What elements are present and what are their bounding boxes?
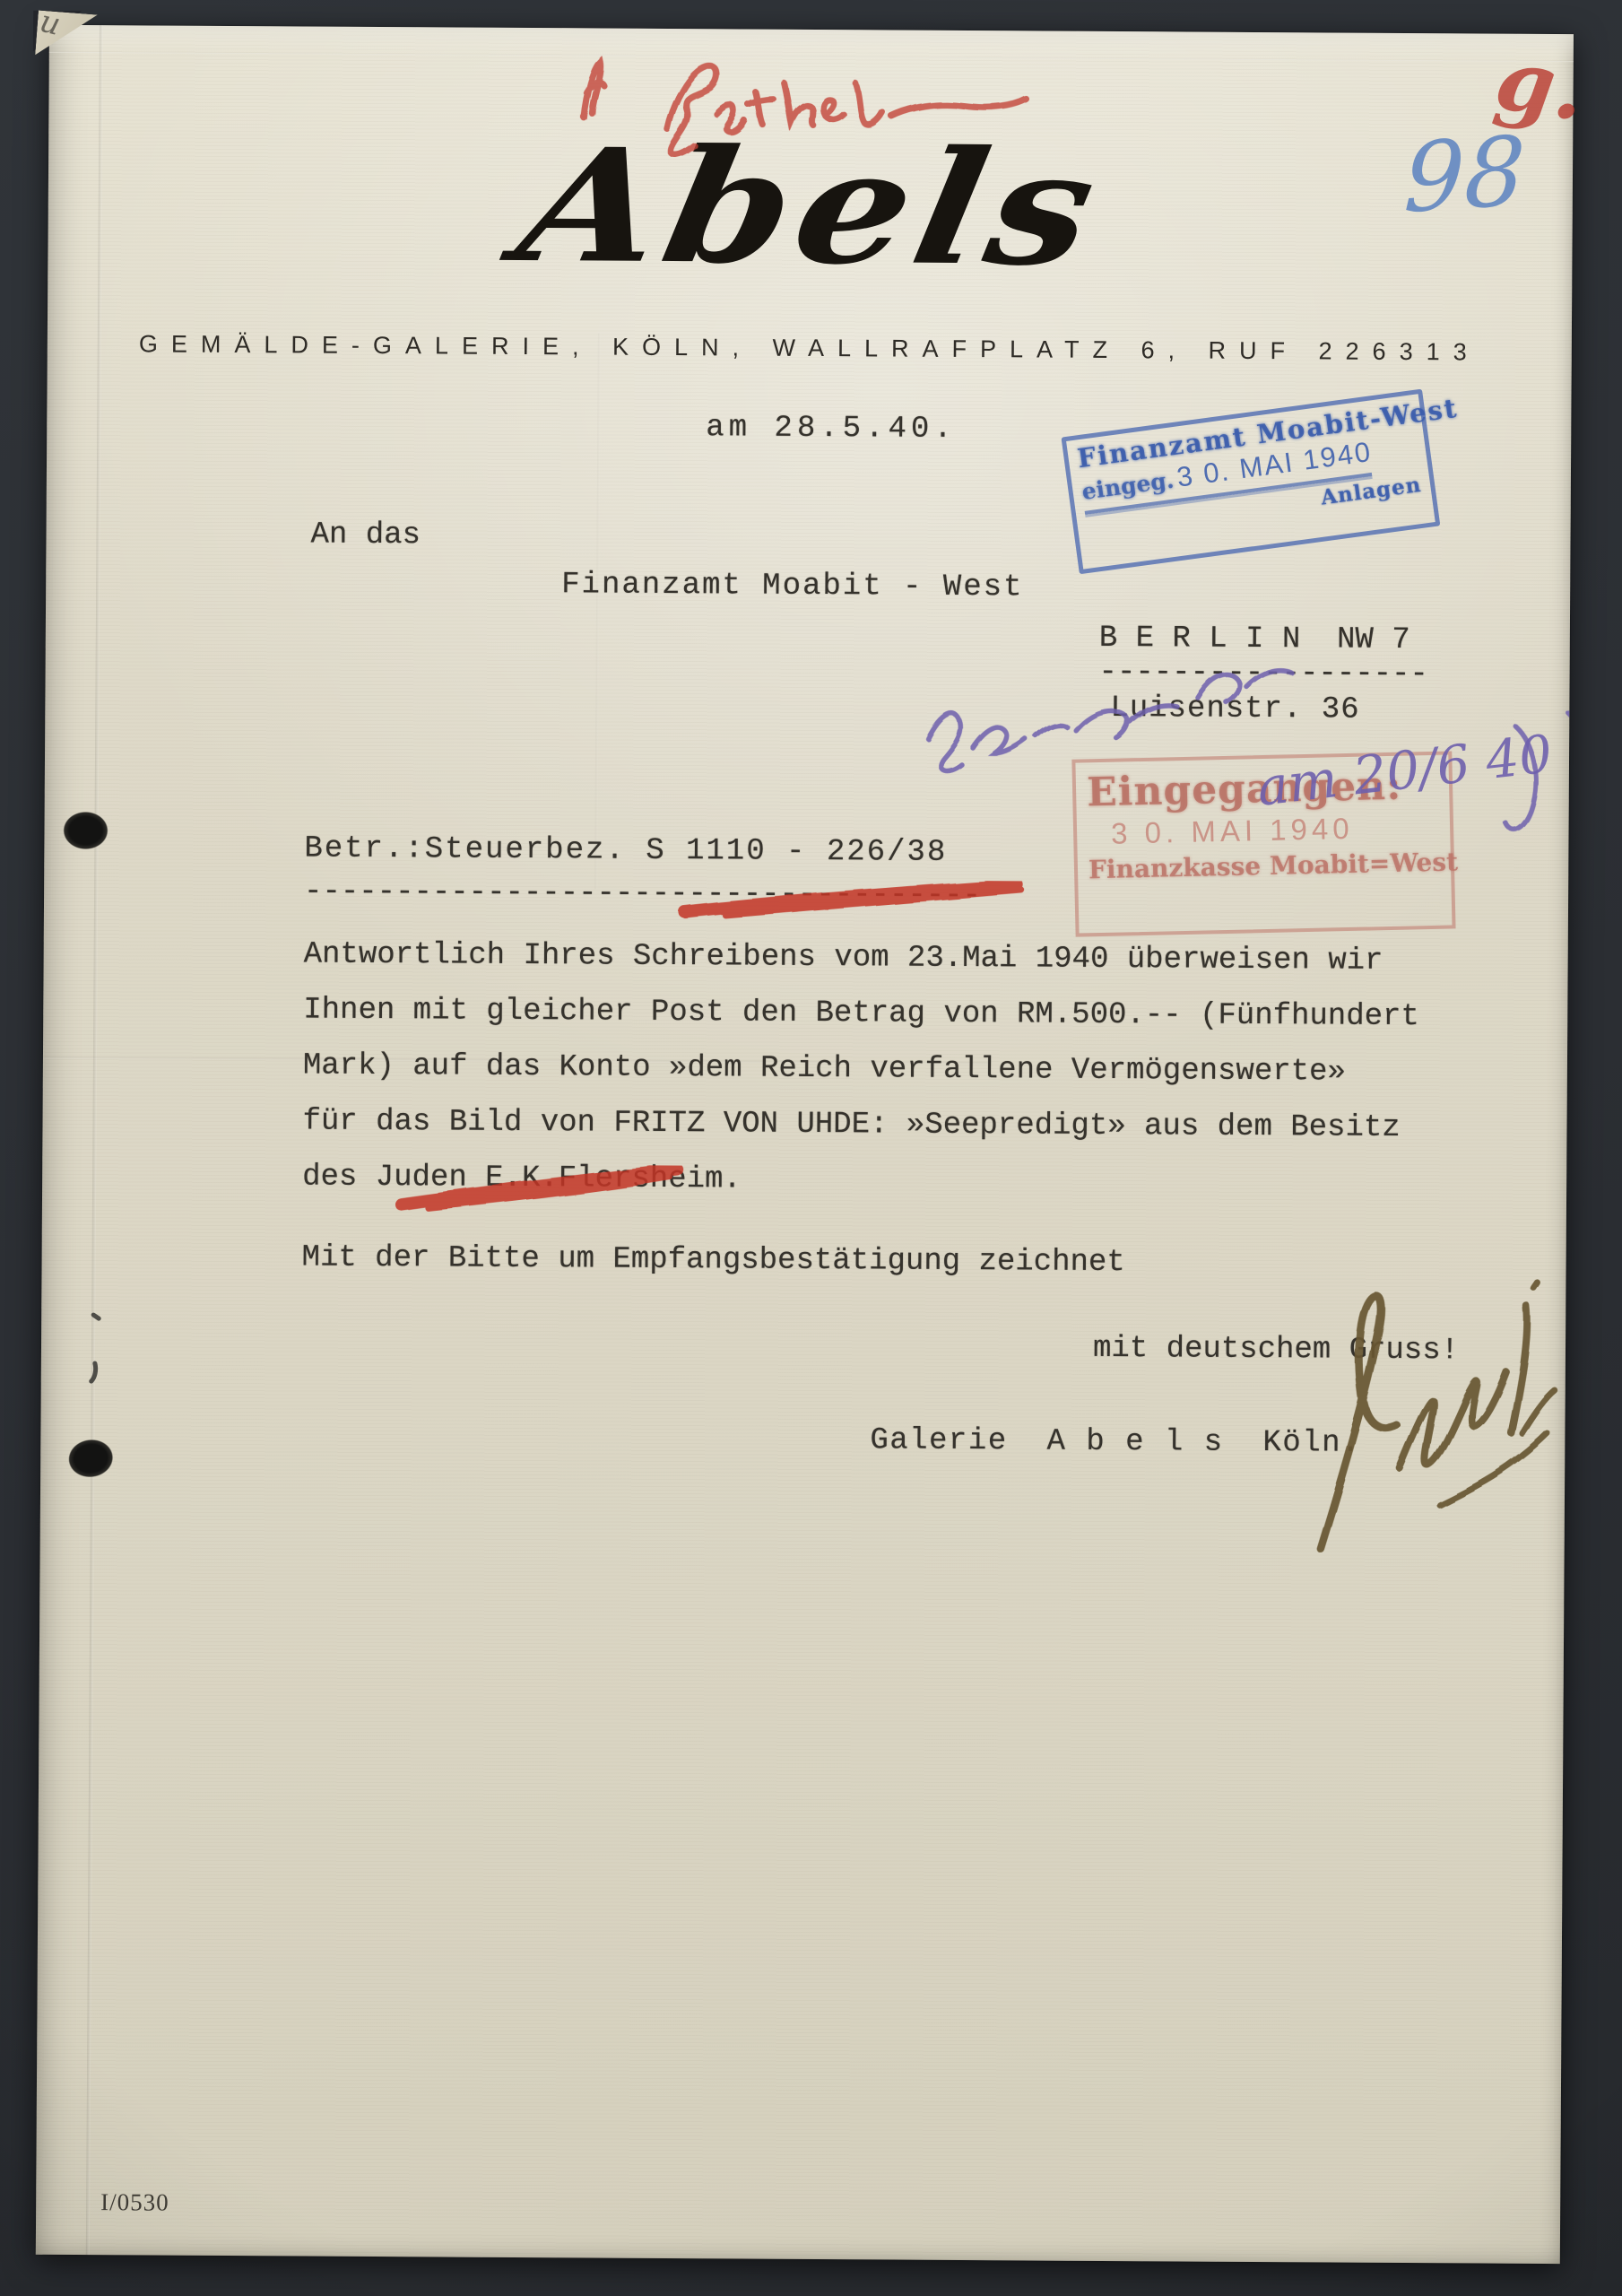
- top-edge-fold: [49, 25, 1574, 62]
- scan-background: u Abels GEMÄLDE-GALERIE, KÖLN, WALLRAFPL…: [0, 0, 1622, 2296]
- body-line: Mark) auf das Konto »dem Reich verfallen…: [303, 1049, 1419, 1112]
- closing-request-line: Mit der Bitte um Empfangsbestätigung zei…: [301, 1239, 1124, 1283]
- stamp-blue-eingeg: eingeg.: [1080, 466, 1175, 504]
- stamp-red-office: Finanzkasse Moabit=West: [1089, 848, 1441, 885]
- stamp-red-title: Eingegangen:: [1087, 762, 1439, 816]
- blue-crayon-number: 98: [1402, 116, 1528, 234]
- letter-sheet: u Abels GEMÄLDE-GALERIE, KÖLN, WALLRAFPL…: [36, 25, 1574, 2264]
- stamp-red-eingegangen: Eingegangen: 3 0. MAI 1940 Finanzkasse M…: [1071, 751, 1455, 936]
- punch-hole-bottom: [59, 1431, 123, 1486]
- red-pencil-initial: g.: [1489, 30, 1591, 140]
- body-line: des Juden E.K.Flersheim.: [302, 1161, 1418, 1223]
- ink-signature: [1321, 1281, 1556, 1550]
- recipient-line: Finanzamt Moabit - West: [561, 566, 1024, 607]
- letterhead-address-line: GEMÄLDE-GALERIE, KÖLN, WALLRAFPLATZ 6, R…: [48, 330, 1572, 367]
- gallery-logo: Abels: [509, 128, 1113, 288]
- date-line: am 28.5.40.: [706, 409, 957, 448]
- salutation-line: An das: [310, 517, 421, 555]
- signature-typed-line: Galerie A b e l s Köln.: [870, 1422, 1361, 1463]
- recipient-street-line: Luisenstr. 36: [1110, 690, 1360, 729]
- vertical-crease-center: [594, 334, 601, 890]
- body-line: Antwortlich Ihres Schreibens vom 23.Mai …: [303, 938, 1419, 1001]
- vertical-crease: [86, 25, 103, 2255]
- stamp-red-date: 3 0. MAI 1940: [1088, 810, 1440, 852]
- footer-code: I/0530: [100, 2188, 169, 2216]
- letterhead: Abels: [48, 126, 1573, 291]
- punch-hole-top: [56, 806, 114, 855]
- recipient-city-underline: ------------------: [1098, 654, 1428, 694]
- closing-salute-line: mit deutschem Gruss!: [1093, 1330, 1459, 1370]
- subject-line: Betr.:Steuerbez. S 1110 - 226/38: [304, 831, 947, 873]
- body-line: Ihnen mit gleicher Post den Betrag von R…: [303, 994, 1419, 1057]
- body-paragraph: Antwortlich Ihres Schreibens vom 23.Mai …: [302, 938, 1419, 1223]
- subject-underline: -------------------------------------: [304, 874, 976, 916]
- body-line: für das Bild von FRITZ VON UHDE: »Seepre…: [302, 1105, 1418, 1168]
- stamp-blue-finanzamt: Finanzamt Moabit-West eingeg. 3 0. MAI 1…: [1061, 389, 1440, 575]
